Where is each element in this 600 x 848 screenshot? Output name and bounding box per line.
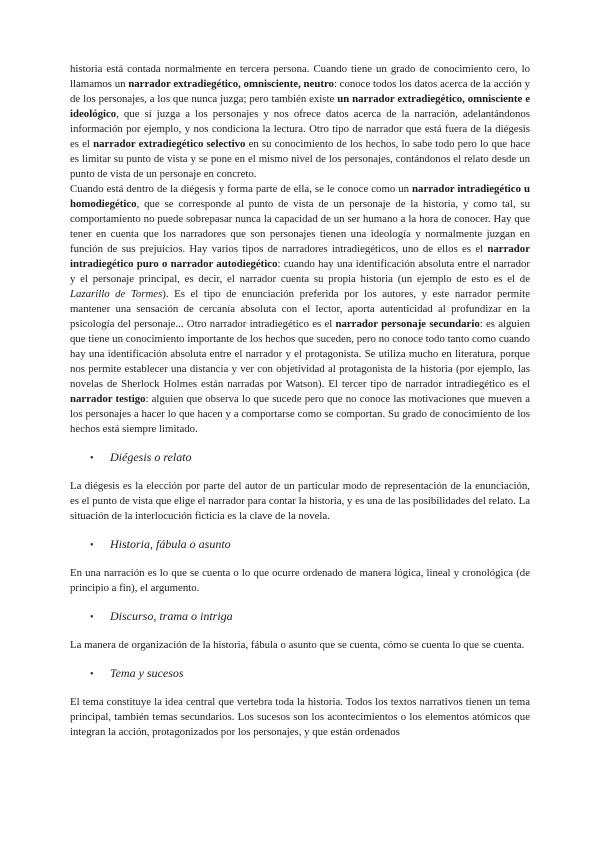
italic-text-run: Lazarillo de Tormes (70, 288, 162, 300)
text-run: La diégesis es la elección por parte del… (70, 480, 530, 522)
text-run: Cuando está dentro de la diégesis y form… (70, 183, 412, 195)
paragraph: Cuando está dentro de la diégesis y form… (70, 182, 530, 437)
bullet-list-item: •Diégesis o relato (90, 450, 530, 466)
text-run: En una narración es lo que se cuenta o l… (70, 567, 530, 594)
bullet-list-item: •Historia, fábula o asunto (90, 537, 530, 553)
paragraph: historia está contada normalmente en ter… (70, 62, 530, 182)
paragraph: La manera de organización de la historia… (70, 638, 530, 653)
document-content: historia está contada normalmente en ter… (70, 62, 530, 740)
bullet-list-item: •Discurso, trama o intriga (90, 609, 530, 625)
italic-text-run: Historia, fábula o asunto (110, 537, 231, 551)
bullet-heading: Historia, fábula o asunto (110, 537, 231, 552)
text-run: , que se corresponde al punto de vista d… (70, 198, 530, 255)
italic-text-run: Diégesis o relato (110, 450, 192, 464)
bullet-icon: • (90, 538, 110, 553)
document-page: historia está contada normalmente en ter… (0, 0, 600, 848)
text-run: La manera de organización de la historia… (70, 639, 524, 651)
bullet-icon: • (90, 610, 110, 625)
bullet-heading: Diégesis o relato (110, 450, 192, 465)
bullet-heading: Tema y sucesos (110, 666, 184, 681)
paragraph: El tema constituye la idea central que v… (70, 695, 530, 740)
bold-text-run: narrador extradiegético, omnisciente, ne… (128, 78, 334, 90)
bold-text-run: narrador testigo (70, 393, 146, 405)
bullet-heading: Discurso, trama o intriga (110, 609, 233, 624)
bullet-icon: • (90, 451, 110, 466)
bullet-icon: • (90, 667, 110, 682)
paragraph: En una narración es lo que se cuenta o l… (70, 566, 530, 596)
italic-text-run: Tema y sucesos (110, 666, 184, 680)
italic-text-run: Discurso, trama o intriga (110, 609, 233, 623)
bold-text-run: narrador extradiegético selectivo (93, 138, 245, 150)
text-run: El tema constituye la idea central que v… (70, 696, 530, 738)
bold-text-run: narrador personaje secundario (335, 318, 479, 330)
paragraph: La diégesis es la elección por parte del… (70, 479, 530, 524)
bullet-list-item: •Tema y sucesos (90, 666, 530, 682)
